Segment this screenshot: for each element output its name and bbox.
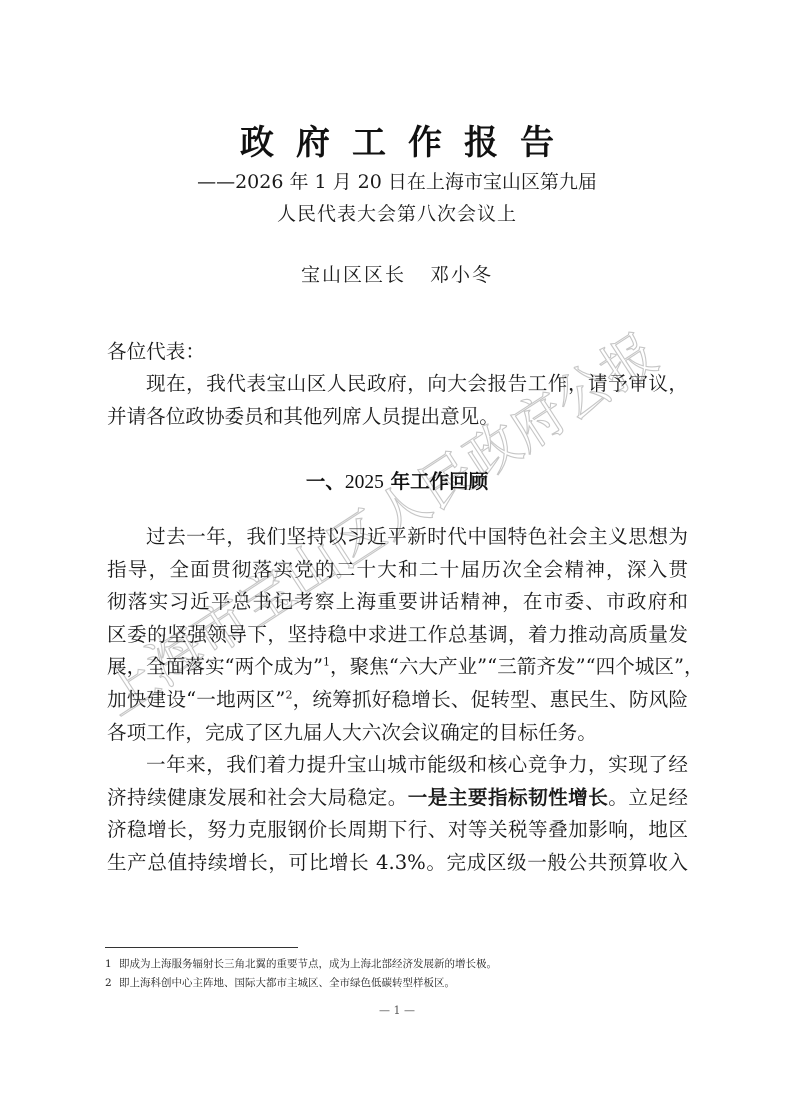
text-segment: 。立足经 (608, 786, 688, 809)
paragraph-line: 现在，我代表宝山区人民政府，向大会报告工作，请予审议， (107, 368, 688, 401)
footnote-ref-1[interactable]: 1 (323, 656, 330, 669)
paragraph-line: 展，全面落实“两个成为”1，聚焦“六大产业”“三箭齐发”“四个城区”， (107, 651, 688, 684)
text-segment: ，聚焦“六大产业”“三箭齐发”“四个城区”， (330, 655, 704, 678)
footnote-number: 2 (105, 974, 119, 993)
document-title: 政府工作报告 (0, 118, 794, 168)
footnotes: 1即成为上海服务辐射长三角北翼的重要节点，成为上海北部经济发展新的增长极。 2即… (105, 955, 497, 993)
section-heading: 一、2025 年工作回顾 (0, 467, 794, 498)
footnote-text: 即成为上海服务辐射长三角北翼的重要节点，成为上海北部经济发展新的增长极。 (119, 958, 497, 970)
document-page: 上海市宝山区人民政府公报 政府工作报告 ——2026 年 1 月 20 日在上海… (0, 0, 794, 1093)
paragraph-intro: 现在，我代表宝山区人民政府，向大会报告工作，请予审议， 并请各位政协委员和其他列… (107, 368, 688, 433)
text-segment: 展，全面落实“两个成为” (107, 655, 323, 678)
footnote-divider (105, 947, 298, 948)
bold-key-point: 一是主要指标韧性增长 (408, 786, 609, 809)
heading-prefix: 一、 (306, 470, 345, 493)
paragraph-line: 济持续健康发展和社会大局稳定。一是主要指标韧性增长。立足经 (107, 782, 688, 815)
paragraph-line: 过去一年，我们坚持以习近平新时代中国特色社会主义思想为 (107, 521, 688, 554)
paragraph-line: 各项工作，完成了区九届人大六次会议确定的目标任务。 (107, 717, 688, 750)
text-segment: 济持续健康发展和社会大局稳定。 (107, 786, 408, 809)
text-segment: ，统筹抓好稳增长、促转型、惠民生、防风险 (292, 688, 688, 711)
subtitle-line-1: ——2026 年 1 月 20 日在上海市宝山区第九届 (0, 168, 794, 196)
footnote-number: 1 (105, 955, 119, 974)
author-line: 宝山区区长 邓小冬 (0, 261, 794, 289)
paragraph-line: 指导，全面贯彻落实党的二十大和二十届历次全会精神，深入贯 (107, 554, 688, 587)
footnote-1: 1即成为上海服务辐射长三角北翼的重要节点，成为上海北部经济发展新的增长极。 (105, 955, 497, 974)
footnote-2: 2即上海科创中心主阵地、国际大都市主城区、全市绿色低碳转型样板区。 (105, 974, 497, 993)
page-number: — 1 — (0, 1002, 794, 1020)
paragraph-achievements: 一年来，我们着力提升宝山城市能级和核心竞争力，实现了经 济持续健康发展和社会大局… (107, 749, 688, 879)
paragraph-review: 过去一年，我们坚持以习近平新时代中国特色社会主义思想为 指导，全面贯彻落实党的二… (107, 521, 688, 749)
paragraph-line: 一年来，我们着力提升宝山城市能级和核心竞争力，实现了经 (107, 749, 688, 782)
paragraph-line: 生产总值持续增长，可比增长 4.3%。完成区级一般公共预算收入 (107, 847, 688, 880)
salutation-text: 各位代表： (107, 336, 688, 369)
paragraph-line: 加快建设“一地两区”2，统筹抓好稳增长、促转型、惠民生、防风险 (107, 684, 688, 717)
footnote-text: 即上海科创中心主阵地、国际大都市主城区、全市绿色低碳转型样板区。 (119, 977, 455, 989)
text-segment: 加快建设“一地两区” (107, 688, 285, 711)
paragraph-line: 区委的坚强领导下，坚持稳中求进工作总基调，着力推动高质量发 (107, 619, 688, 652)
paragraph-line: 济稳增长，努力克服钢价长周期下行、对等关税等叠加影响，地区 (107, 814, 688, 847)
heading-year: 2025 (345, 472, 384, 493)
subtitle-line-2: 人民代表大会第八次会议上 (0, 200, 794, 228)
paragraph-line: 并请各位政协委员和其他列席人员提出意见。 (107, 401, 688, 434)
heading-suffix: 年工作回顾 (384, 470, 488, 493)
paragraph-line: 彻落实习近平总书记考察上海重要讲话精神，在市委、市政府和 (107, 586, 688, 619)
salutation: 各位代表： (107, 336, 688, 369)
